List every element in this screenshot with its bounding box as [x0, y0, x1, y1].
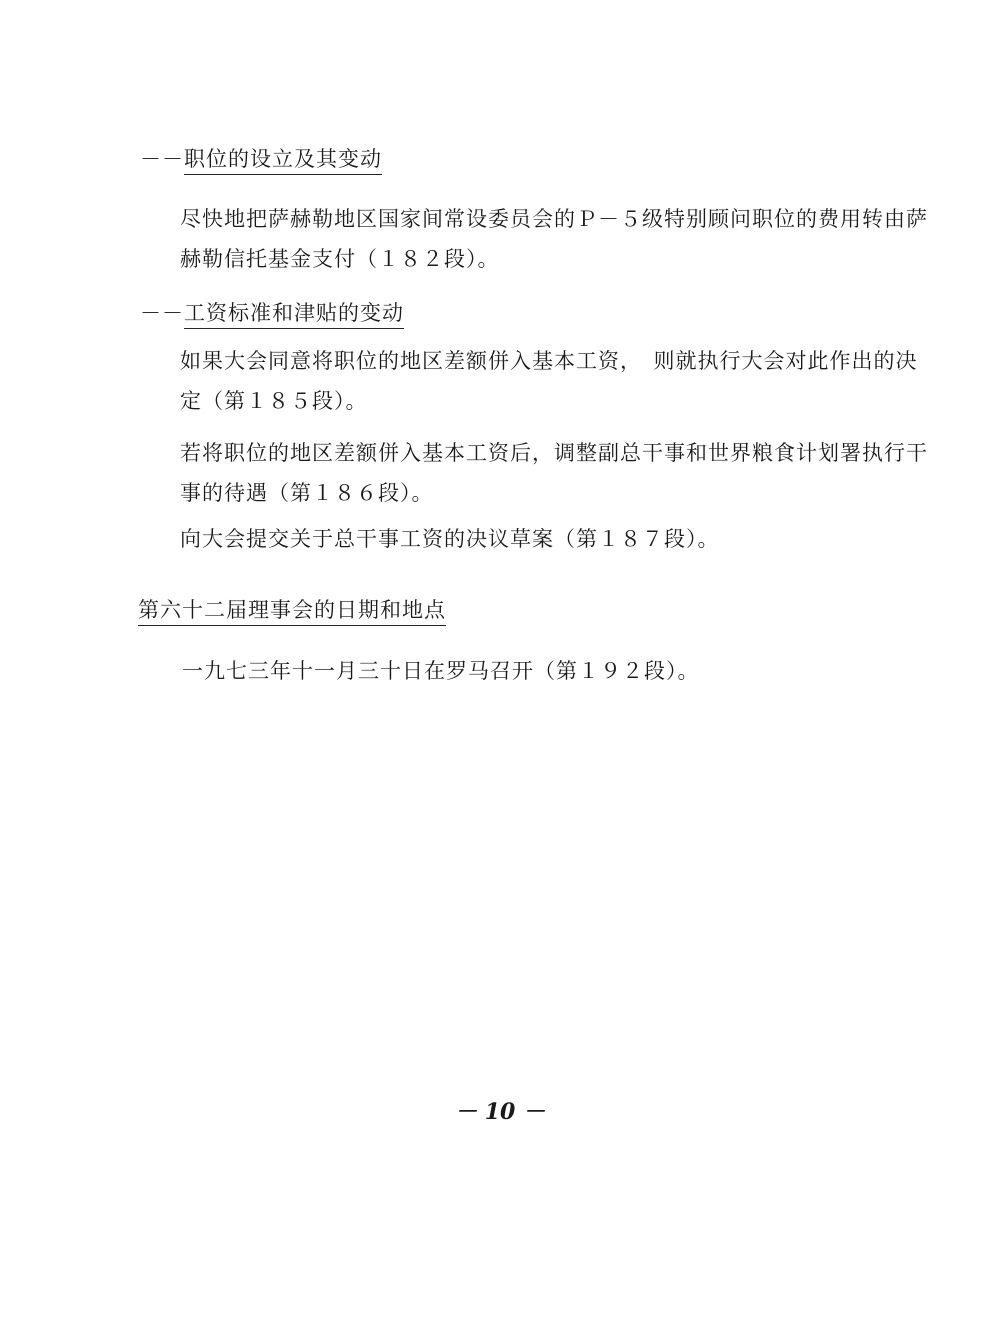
section-heading-salary: －－工资标准和津贴的变动: [140, 297, 404, 327]
paragraph-line: 一九七三年十一月三十日在罗马召开（第１９２段）。: [182, 655, 700, 685]
heading-text: 第六十二届理事会的日期和地点: [138, 598, 446, 626]
paragraph-line: 尽快地把萨赫勒地区国家间常设委员会的Ｐ－５级特别顾问职位的费用转由萨: [180, 203, 928, 233]
paragraph-line: 定（第１８５段）。: [180, 385, 368, 415]
section-heading-positions: －－职位的设立及其变动: [140, 143, 382, 173]
paragraph-line: 向大会提交关于总干事工资的决议草案（第１８７段）。: [180, 523, 720, 553]
section-heading-session: 第六十二届理事会的日期和地点: [138, 594, 446, 624]
heading-prefix: －－: [140, 301, 184, 325]
paragraph-line: 事的待遇（第１８６段）。: [180, 477, 434, 507]
heading-prefix: －－: [140, 147, 184, 171]
paragraph-line: 赫勒信托基金支付（１８２段）。: [180, 243, 500, 273]
page-number: － 10 －: [0, 1095, 1000, 1126]
heading-text: 职位的设立及其变动: [184, 147, 382, 175]
heading-text: 工资标准和津贴的变动: [184, 301, 404, 329]
paragraph-line: 若将职位的地区差额併入基本工资后，调整副总干事和世界粮食计划署执行干: [180, 437, 928, 467]
paragraph-line: 如果大会同意将职位的地区差额併入基本工资， 则就执行大会对此作出的决: [180, 345, 918, 375]
